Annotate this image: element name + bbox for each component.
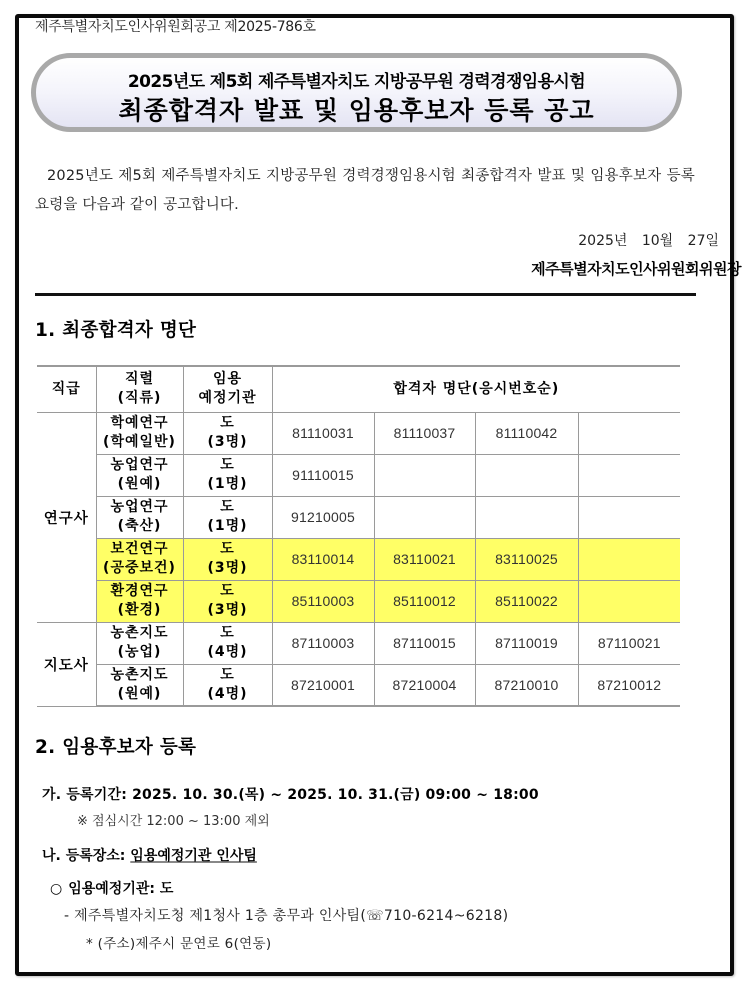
exam-number <box>374 454 475 496</box>
announcement-date: 2025년 10월 27일 <box>578 230 719 250</box>
exam-number: 87110003 <box>272 622 374 664</box>
registration-place-label: 나. 등록장소: <box>42 848 125 864</box>
exam-number <box>475 454 578 496</box>
exam-number: 81110037 <box>374 412 475 454</box>
registration-place: 나. 등록장소: 임용예정기관 인사팀 <box>42 845 257 865</box>
header-series: 직렬(직류) <box>96 366 183 412</box>
grade-cell: 연구사 <box>37 412 96 622</box>
intro-text: 2025년도 제5회 제주특별자치도 지방공무원 경력경쟁임용시험 최종합격자 … <box>35 168 695 213</box>
notice-number: 제주특별자치도인사위원회공고 제2025-786호 <box>35 16 316 36</box>
agency-cell: 도(4명) <box>183 622 272 664</box>
exam-number: 81110042 <box>475 412 578 454</box>
exam-number: 81110031 <box>272 412 374 454</box>
agency-label: 임용예정기관: 도 <box>68 881 173 897</box>
registration-period-label: 가. 등록기간: <box>42 787 127 803</box>
table-row-highlighted: 보건연구(공중보건) 도(3명) 83110014 83110021 83110… <box>37 538 680 580</box>
header-agency-line1: 임용 <box>213 371 242 387</box>
exam-number: 87210004 <box>374 664 475 706</box>
title-box: 2025년도 제5회 제주특별자치도 지방공무원 경력경쟁임용시험 최종합격자 … <box>31 53 682 132</box>
table-row-highlighted: 환경연구(환경) 도(3명) 85110003 85110012 8511002… <box>37 580 680 622</box>
exam-number <box>578 454 680 496</box>
agency-address: * (주소)제주시 문연로 6(연동) <box>86 932 271 952</box>
agency-cell: 도(3명) <box>183 412 272 454</box>
header-series-line1: 직렬 <box>125 371 154 387</box>
exam-number: 83110014 <box>272 538 374 580</box>
table-row: 농촌지도(원예) 도(4명) 87210001 87210004 8721001… <box>37 664 680 706</box>
series-cell: 보건연구(공중보건) <box>96 538 183 580</box>
series-cell: 농업연구(축산) <box>96 496 183 538</box>
exam-number: 91210005 <box>272 496 374 538</box>
title-subheading: 2025년도 제5회 제주특별자치도 지방공무원 경력경쟁임용시험 <box>36 67 677 92</box>
header-agency: 임용예정기관 <box>183 366 272 412</box>
registration-period-value: 2025. 10. 30.(목) ~ 2025. 10. 31.(금) 09:0… <box>132 787 539 803</box>
table-row: 농업연구(축산) 도(1명) 91210005 <box>37 496 680 538</box>
exam-number <box>578 496 680 538</box>
exam-number: 87110015 <box>374 622 475 664</box>
table-row: 연구사 학예연구(학예일반) 도(3명) 81110031 81110037 8… <box>37 412 680 454</box>
header-agency-line2: 예정기관 <box>198 390 256 406</box>
signer: 제주특별자치도인사위원회위원장 <box>531 258 741 279</box>
agency-cell: 도(4명) <box>183 664 272 706</box>
registration-period: 가. 등록기간: 2025. 10. 30.(목) ~ 2025. 10. 31… <box>42 784 539 804</box>
agency-cell: 도(1명) <box>183 454 272 496</box>
exam-number: 83110021 <box>374 538 475 580</box>
exam-number <box>578 538 680 580</box>
exam-number: 91110015 <box>272 454 374 496</box>
exam-number: 87110021 <box>578 622 680 664</box>
section-title-final-list: 1. 최종합격자 명단 <box>35 316 196 342</box>
circle-bullet-icon: ○ <box>50 881 62 897</box>
exam-number: 85110022 <box>475 580 578 622</box>
registration-place-value: 임용예정기관 인사팀 <box>130 848 257 864</box>
header-candidate-list: 합격자 명단(응시번호순) <box>272 366 680 412</box>
exam-number: 85110003 <box>272 580 374 622</box>
exam-number <box>578 580 680 622</box>
header-series-line2: (직류) <box>118 390 162 406</box>
grade-cell: 지도사 <box>37 622 96 706</box>
final-candidates-table: 직급 직렬(직류) 임용예정기관 합격자 명단(응시번호순) 연구사 학예연구(… <box>37 365 680 707</box>
agency-detail: - 제주특별자치도청 제1청사 1층 총무과 인사팀(☏710-6214~621… <box>64 905 508 925</box>
agency-cell: 도(1명) <box>183 496 272 538</box>
exam-number: 85110012 <box>374 580 475 622</box>
exam-number: 87210012 <box>578 664 680 706</box>
table-row: 지도사 농촌지도(농업) 도(4명) 87110003 87110015 871… <box>37 622 680 664</box>
page-title: 최종합격자 발표 및 임용후보자 등록 공고 <box>36 91 677 127</box>
agency-info: ○임용예정기관: 도 <box>50 878 173 898</box>
lunch-note: ※ 점심시간 12:00 ~ 13:00 제외 <box>77 810 270 829</box>
table-header-row: 직급 직렬(직류) 임용예정기관 합격자 명단(응시번호순) <box>37 366 680 412</box>
exam-number: 87210001 <box>272 664 374 706</box>
exam-number <box>374 496 475 538</box>
table-row: 농업연구(원예) 도(1명) 91110015 <box>37 454 680 496</box>
divider <box>35 293 696 296</box>
header-grade: 직급 <box>37 366 96 412</box>
exam-number <box>578 412 680 454</box>
series-cell: 농촌지도(원예) <box>96 664 183 706</box>
agency-cell: 도(3명) <box>183 538 272 580</box>
exam-number <box>475 496 578 538</box>
series-cell: 학예연구(학예일반) <box>96 412 183 454</box>
exam-number: 83110025 <box>475 538 578 580</box>
series-cell: 농촌지도(농업) <box>96 622 183 664</box>
series-cell: 농업연구(원예) <box>96 454 183 496</box>
section-title-registration: 2. 임용후보자 등록 <box>35 733 196 759</box>
intro-paragraph: 2025년도 제5회 제주특별자치도 지방공무원 경력경쟁임용시험 최종합격자 … <box>35 162 695 220</box>
exam-number: 87210010 <box>475 664 578 706</box>
agency-cell: 도(3명) <box>183 580 272 622</box>
series-cell: 환경연구(환경) <box>96 580 183 622</box>
exam-number: 87110019 <box>475 622 578 664</box>
